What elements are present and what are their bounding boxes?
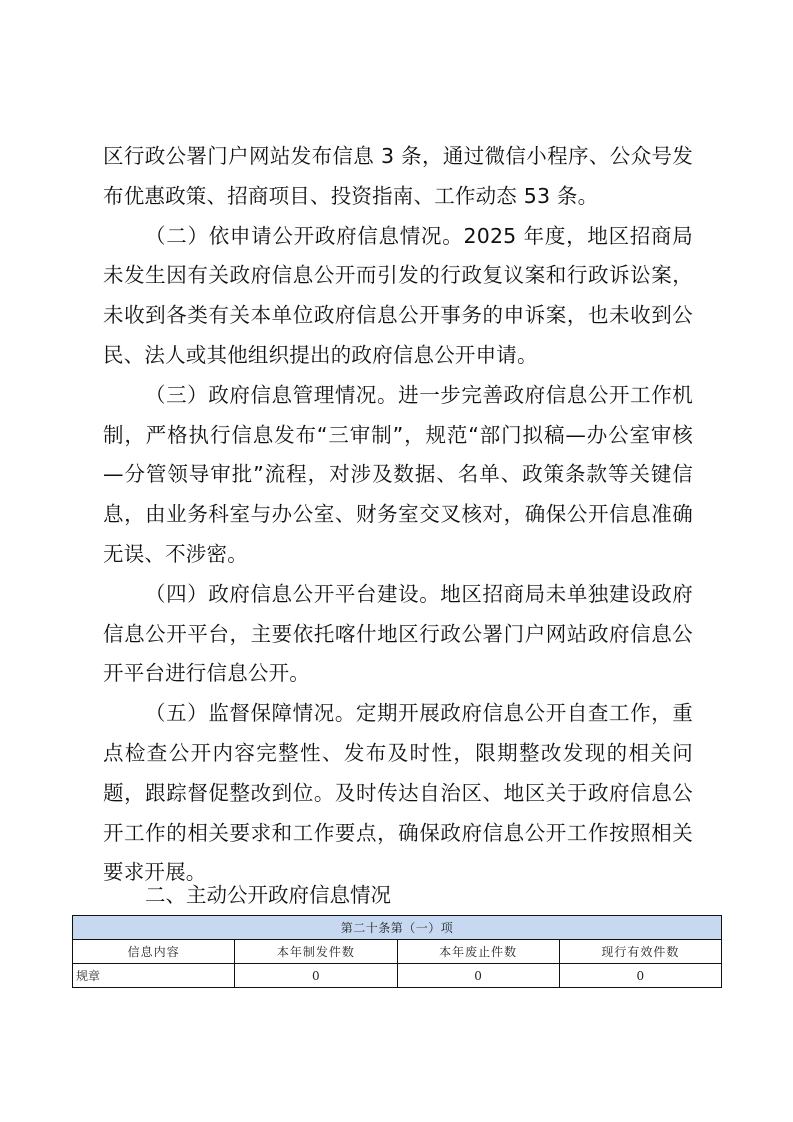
- paragraph-supervision: （五）监督保障情况。定期开展政府信息公开自查工作，重点检查公开内容完整性、发布及…: [103, 694, 693, 893]
- paragraph-information-management: （三）政府信息管理情况。进一步完善政府信息公开工作机制，严格执行信息发布“三审制…: [103, 376, 693, 575]
- table-title: 第二十条第（一）项: [73, 916, 722, 940]
- paragraph-application-disclosure: （二）依申请公开政府信息情况。2025 年度，地区招商局未发生因有关政府信息公开…: [103, 217, 693, 376]
- document-page: 区行政公署门户网站发布信息 3 条，通过微信小程序、公众号发布优惠政策、招商项目…: [0, 0, 793, 1122]
- table-row: 规章 0 0 0: [73, 964, 722, 988]
- table-header-row: 信息内容 本年制发件数 本年废止件数 现行有效件数: [73, 940, 722, 964]
- cell-abolished-this-year: 0: [397, 964, 559, 988]
- paragraph-website-publishing: 区行政公署门户网站发布信息 3 条，通过微信小程序、公众号发布优惠政策、招商项目…: [103, 137, 693, 217]
- column-header-currently-valid: 现行有效件数: [559, 940, 721, 964]
- body-text: 区行政公署门户网站发布信息 3 条，通过微信小程序、公众号发布优惠政策、招商项目…: [103, 137, 693, 893]
- section-heading: 二、主动公开政府信息情况: [145, 880, 391, 910]
- cell-currently-valid: 0: [559, 964, 721, 988]
- column-header-abolished-this-year: 本年废止件数: [397, 940, 559, 964]
- table-title-row: 第二十条第（一）项: [73, 916, 722, 940]
- disclosure-table: 第二十条第（一）项 信息内容 本年制发件数 本年废止件数 现行有效件数 规章 0…: [72, 915, 722, 988]
- cell-issued-this-year: 0: [235, 964, 397, 988]
- column-header-info-content: 信息内容: [73, 940, 235, 964]
- paragraph-platform-construction: （四）政府信息公开平台建设。地区招商局未单独建设政府信息公开平台，主要依托喀什地…: [103, 575, 693, 694]
- row-label: 规章: [73, 964, 235, 988]
- column-header-issued-this-year: 本年制发件数: [235, 940, 397, 964]
